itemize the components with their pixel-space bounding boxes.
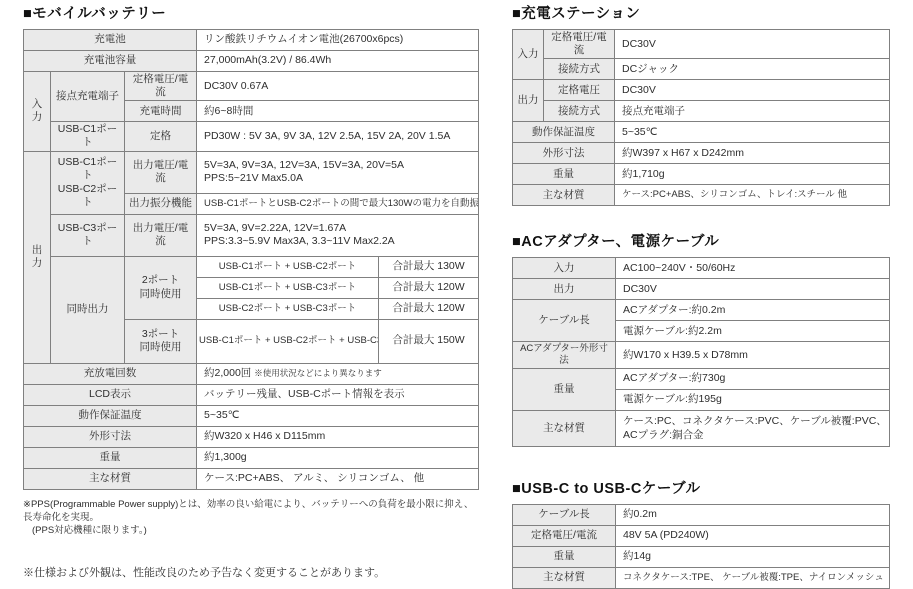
value-line: PPS:3.3~5.9V Max3A, 3.3~11V Max2.2A — [204, 235, 471, 248]
row-sublabel: 3ポート 同時使用 — [125, 319, 197, 363]
table-row: 主な材質 ケース:PC+ABS、 アルミ、 シリコンゴム、 他 — [24, 468, 479, 489]
group-label-output: 出力 — [513, 80, 544, 122]
table-row: 充電池 リン酸鉄リチウムイオン電池(26700x6pcs) — [24, 30, 479, 51]
watt-value: 合計最大 120W — [379, 277, 479, 298]
footnote-pps-line2: (PPS対応機種に限ります。) — [23, 524, 478, 537]
value-line: 5V=3A, 9V=3A, 12V=3A, 15V=3A, 20V=5A — [204, 159, 471, 172]
row-value: 約1,300g — [197, 447, 479, 468]
port-count: 3ポート — [128, 328, 193, 341]
row-label: 主な材質 — [513, 185, 615, 206]
table-row: 定格電圧/電流 48V 5A (PD240W) — [513, 526, 890, 547]
section-title-battery: ■モバイルバッテリー — [23, 2, 478, 23]
row-value: 約W397 x H67 x D242mm — [615, 143, 890, 164]
combo-value: USB-C1ポート + USB-C2ポート — [197, 256, 379, 277]
row-label: 充放電回数 — [24, 363, 197, 384]
row-label: 定格電圧/電流 — [513, 526, 616, 547]
group-label-input: 入力 — [513, 30, 544, 80]
group-label-input: 入力 — [24, 72, 51, 152]
table-row: 重量 約1,300g — [24, 447, 479, 468]
row-label: 外形寸法 — [513, 143, 615, 164]
row-label: 接続方式 — [544, 59, 615, 80]
row-value: PD30W : 5V 3A, 9V 3A, 12V 2.5A, 15V 2A, … — [197, 122, 479, 151]
row-value: 約1,710g — [615, 164, 890, 185]
right-column: ■充電ステーション 入力 定格電圧/電流 DC30V 接続方式 DCジャック 出… — [512, 2, 889, 589]
value-line: ケース:PC、コネクタケース:PVC、ケーブル被覆:PVC、 — [623, 415, 882, 428]
row-sublabel: 出力電圧/電流 — [125, 151, 197, 193]
row-label: 出力 — [513, 279, 616, 300]
combo-value: USB-C1ポート + USB-C3ポート — [197, 277, 379, 298]
station-spec-table: 入力 定格電圧/電流 DC30V 接続方式 DCジャック 出力 定格電圧 DC3… — [512, 29, 890, 206]
row-label: 動作保証温度 — [24, 405, 197, 426]
port-name: USB-C1ポート — [54, 156, 121, 182]
row-label: 重量 — [513, 547, 616, 568]
table-row: 充放電回数 約2,000回 ※使用状況などにより異なります — [24, 363, 479, 384]
table-row: 重量 約14g — [513, 547, 890, 568]
table-row: 充電池容量 27,000mAh(3.2V) / 86.4Wh — [24, 51, 479, 72]
table-row: USB-C1ポート 定格 PD30W : 5V 3A, 9V 3A, 12V 2… — [24, 122, 479, 151]
row-value: 27,000mAh(3.2V) / 86.4Wh — [197, 51, 479, 72]
value-text: 約2,000回 — [204, 367, 251, 379]
row-value: ケース:PC+ABS、 アルミ、 シリコンゴム、 他 — [197, 468, 479, 489]
row-label: ACアダプター外形寸法 — [513, 342, 616, 369]
row-value: DC30V — [615, 30, 890, 59]
row-value: USB-C1ポートとUSB-C2ポートの間で最大130Wの電力を自動振分 — [197, 193, 479, 214]
table-row: ケーブル長 ACアダプター:約0.2m — [513, 300, 890, 321]
port-count-usage: 同時使用 — [128, 341, 193, 354]
table-row: ケーブル長 約0.2m — [513, 505, 890, 526]
row-label: USB-C1ポート USB-C2ポート — [51, 151, 125, 214]
battery-section: ■モバイルバッテリー 充電池 リン酸鉄リチウムイオン電池(26700x6pcs)… — [23, 2, 478, 580]
adapter-spec-table: 入力 AC100~240V・50/60Hz 出力 DC30V ケーブル長 ACア… — [512, 257, 890, 447]
row-value: 約0.2m — [616, 505, 890, 526]
row-label: ケーブル長 — [513, 300, 616, 342]
row-value: 約W320 x H46 x D115mm — [197, 426, 479, 447]
row-sublabel: 2ポート 同時使用 — [125, 256, 197, 319]
value-line: PPS:5~21V Max5.0A — [204, 172, 471, 185]
section-title-cable: ■USB-C to USB-Cケーブル — [512, 477, 889, 498]
table-row: 外形寸法 約W397 x H67 x D242mm — [513, 143, 890, 164]
row-value: 約14g — [616, 547, 890, 568]
row-label: 重量 — [24, 447, 197, 468]
row-value: 接点充電端子 — [615, 101, 890, 122]
row-value: 5V=3A, 9V=3A, 12V=3A, 15V=3A, 20V=5A PPS… — [197, 151, 479, 193]
table-row: 出力 DC30V — [513, 279, 890, 300]
row-label: USB-C3ポート — [51, 214, 125, 256]
table-row: 入力 接点充電端子 定格電圧/電流 DC30V 0.67A — [24, 72, 479, 101]
value-line: 5V=3A, 9V=2.22A, 12V=1.67A — [204, 222, 471, 235]
row-value: ACアダプター:約730g — [616, 369, 890, 390]
row-label: 接続方式 — [544, 101, 615, 122]
port-count-usage: 同時使用 — [128, 288, 193, 301]
row-sublabel: 充電時間 — [125, 101, 197, 122]
row-value: AC100~240V・50/60Hz — [616, 258, 890, 279]
row-value: DC30V — [615, 80, 890, 101]
table-row: 出力 定格電圧 DC30V — [513, 80, 890, 101]
row-label: 主な材質 — [513, 411, 616, 447]
row-label: 動作保証温度 — [513, 122, 615, 143]
combo-value: USB-C2ポート + USB-C3ポート — [197, 298, 379, 319]
table-row: 主な材質 コネクタケース:TPE、 ケーブル被覆:TPE、ナイロンメッシュ — [513, 568, 890, 589]
row-label: 主な材質 — [24, 468, 197, 489]
table-row: 同時出力 2ポート 同時使用 USB-C1ポート + USB-C2ポート 合計最… — [24, 256, 479, 277]
section-title-adapter: ■ACアダプター、電源ケーブル — [512, 230, 889, 251]
table-row: 接続方式 接点充電端子 — [513, 101, 890, 122]
table-row: 入力 定格電圧/電流 DC30V — [513, 30, 890, 59]
row-value: 5~35℃ — [615, 122, 890, 143]
row-label: USB-C1ポート — [51, 122, 125, 151]
row-value: DC30V — [616, 279, 890, 300]
table-row: 重量 約1,710g — [513, 164, 890, 185]
table-row: ACアダプター外形寸法 約W170 x H39.5 x D78mm — [513, 342, 890, 369]
row-value: バッテリー残量、USB-Cポート情報を表示 — [197, 384, 479, 405]
row-value: リン酸鉄リチウムイオン電池(26700x6pcs) — [197, 30, 479, 51]
row-value: DCジャック — [615, 59, 890, 80]
row-sublabel: 出力振分機能 — [125, 193, 197, 214]
combo-value: USB-C1ポート + USB-C2ポート + USB-C3ポート — [197, 319, 379, 363]
row-label: 定格電圧/電流 — [544, 30, 615, 59]
row-sublabel: 出力電圧/電流 — [125, 214, 197, 256]
row-value: 約2,000回 ※使用状況などにより異なります — [197, 363, 479, 384]
row-label: 充電池容量 — [24, 51, 197, 72]
row-value: 電源ケーブル:約2.2m — [616, 321, 890, 342]
table-row: 動作保証温度 5~35℃ — [24, 405, 479, 426]
row-value: DC30V 0.67A — [197, 72, 479, 101]
cable-spec-table: ケーブル長 約0.2m 定格電圧/電流 48V 5A (PD240W) 重量 約… — [512, 504, 890, 589]
port-name: USB-C2ポート — [54, 183, 121, 209]
table-row: 主な材質 ケース:PC+ABS、シリコンゴム、トレイ:スチール 他 — [513, 185, 890, 206]
row-sublabel: 定格 — [125, 122, 197, 151]
group-label-output: 出力 — [24, 151, 51, 363]
footnote-pps-line1: ※PPS(Programmable Power supply)とは、効率の良い給… — [23, 499, 473, 523]
row-sublabel: 定格電圧/電流 — [125, 72, 197, 101]
watt-value: 合計最大 120W — [379, 298, 479, 319]
row-label: 入力 — [513, 258, 616, 279]
row-value: 5~35℃ — [197, 405, 479, 426]
watt-value: 合計最大 150W — [379, 319, 479, 363]
row-label: 定格電圧 — [544, 80, 615, 101]
table-row: 外形寸法 約W320 x H46 x D115mm — [24, 426, 479, 447]
row-label: 充電池 — [24, 30, 197, 51]
battery-spec-table: 充電池 リン酸鉄リチウムイオン電池(26700x6pcs) 充電池容量 27,0… — [23, 29, 479, 490]
row-label: 外形寸法 — [24, 426, 197, 447]
footnote-pps: ※PPS(Programmable Power supply)とは、効率の良い給… — [23, 498, 478, 538]
watt-value: 合計最大 130W — [379, 256, 479, 277]
row-value: 約6~8時間 — [197, 101, 479, 122]
table-row: 接続方式 DCジャック — [513, 59, 890, 80]
row-label: 同時出力 — [51, 256, 125, 363]
port-count: 2ポート — [128, 274, 193, 287]
row-label: 主な材質 — [513, 568, 616, 589]
table-row: USB-C3ポート 出力電圧/電流 5V=3A, 9V=2.22A, 12V=1… — [24, 214, 479, 256]
row-label: LCD表示 — [24, 384, 197, 405]
table-row: 入力 AC100~240V・50/60Hz — [513, 258, 890, 279]
row-value: ACアダプター:約0.2m — [616, 300, 890, 321]
row-value: 約W170 x H39.5 x D78mm — [616, 342, 890, 369]
row-label: 接点充電端子 — [51, 72, 125, 122]
table-row: 出力 USB-C1ポート USB-C2ポート 出力電圧/電流 5V=3A, 9V… — [24, 151, 479, 193]
row-value: 電源ケーブル:約195g — [616, 390, 890, 411]
row-value: ケース:PC、コネクタケース:PVC、ケーブル被覆:PVC、 ACプラグ:銅合金 — [616, 411, 890, 447]
section-title-station: ■充電ステーション — [512, 2, 889, 23]
row-value: コネクタケース:TPE、 ケーブル被覆:TPE、ナイロンメッシュ — [616, 568, 890, 589]
table-row: LCD表示 バッテリー残量、USB-Cポート情報を表示 — [24, 384, 479, 405]
row-value: 48V 5A (PD240W) — [616, 526, 890, 547]
table-row: 主な材質 ケース:PC、コネクタケース:PVC、ケーブル被覆:PVC、 ACプラ… — [513, 411, 890, 447]
row-value: ケース:PC+ABS、シリコンゴム、トレイ:スチール 他 — [615, 185, 890, 206]
row-label: ケーブル長 — [513, 505, 616, 526]
value-note: ※使用状況などにより異なります — [254, 368, 382, 378]
table-row: 重量 ACアダプター:約730g — [513, 369, 890, 390]
row-value: 5V=3A, 9V=2.22A, 12V=1.67A PPS:3.3~5.9V … — [197, 214, 479, 256]
row-label: 重量 — [513, 369, 616, 411]
footnote-spec-change: ※仕様および外観は、性能改良のため予告なく変更することがあります。 — [23, 564, 478, 580]
table-row: 動作保証温度 5~35℃ — [513, 122, 890, 143]
row-label: 重量 — [513, 164, 615, 185]
value-line: ACプラグ:銅合金 — [623, 429, 882, 442]
